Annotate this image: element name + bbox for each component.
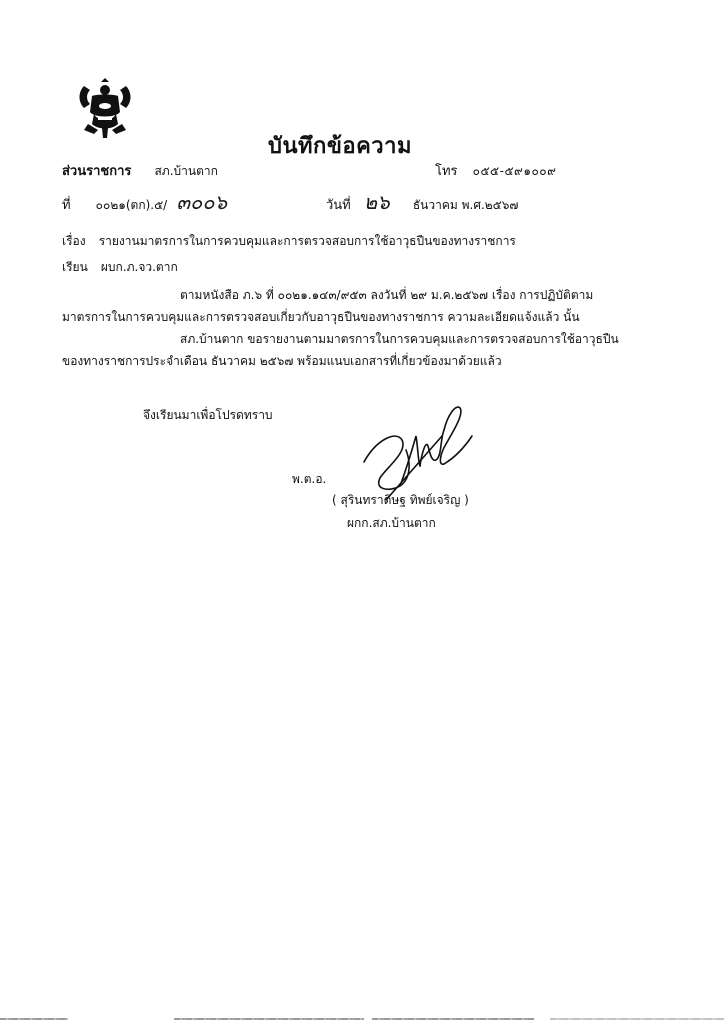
date-day-handwritten: ๒๖	[364, 190, 390, 214]
reference-row: ที่ ๐๐๒๑(ตก).๕/ ๓๐๐๖	[62, 186, 227, 218]
paragraph-1-line-2: มาตรการในการควบคุมและการตรวจสอบเกี่ยวกับ…	[62, 306, 674, 328]
garuda-emblem-icon	[74, 78, 136, 140]
memo-title: บันทึกข้อความ	[268, 128, 412, 163]
scan-edge-line	[550, 1018, 724, 1020]
reference-handwritten-number: ๓๐๐๖	[176, 190, 227, 214]
agency-value: สภ.บ้านตาก	[154, 164, 217, 178]
subject-label: เรื่อง	[62, 234, 86, 248]
closing-line: จึงเรียนมาเพื่อโปรดทราบ	[143, 406, 273, 425]
scan-edge-line	[174, 1018, 364, 1020]
recipient-value: ผบก.ภ.จว.ตาก	[101, 260, 178, 274]
reference-value: ๐๐๒๑(ตก).๕/	[96, 198, 168, 212]
subject-value: รายงานมาตรการในการควบคุมและการตรวจสอบการ…	[99, 234, 516, 248]
handwritten-signature-icon	[356, 400, 476, 500]
recipient-row: เรียน ผบก.ภ.จว.ตาก	[62, 256, 178, 277]
date-row: วันที่ ๒๖ ธันวาคม พ.ศ.๒๕๖๗	[326, 186, 518, 218]
signer-name: ( สุรินทราดิษฐ ทิพย์เจริญ )	[332, 491, 469, 510]
agency-label: ส่วนราชการ	[62, 164, 131, 179]
date-month-year: ธันวาคม พ.ศ.๒๕๖๗	[413, 198, 519, 212]
signer-rank: พ.ต.อ.	[292, 470, 326, 489]
recipient-label: เรียน	[62, 260, 88, 274]
paragraph-1-line-1: ตามหนังสือ ภ.๖ ที่ ๐๐๒๑.๑๔๓/๙๕๓ ลงวันที่…	[180, 288, 593, 302]
phone-row: โทร ๐๕๕-๕๙๑๐๐๙	[435, 160, 556, 181]
scan-edge-line	[372, 1018, 534, 1020]
paragraph-2-line-1: สภ.บ้านตาก ขอรายงานตามมาตรการในการควบคุม…	[180, 332, 619, 346]
reference-label: ที่	[62, 198, 71, 213]
phone-label: โทร	[435, 164, 458, 179]
phone-value: ๐๕๕-๕๙๑๐๐๙	[473, 164, 557, 178]
date-label: วันที่	[326, 198, 351, 213]
subject-row: เรื่อง รายงานมาตรการในการควบคุมและการตรว…	[62, 230, 516, 251]
paragraph-2-line-2: ของทางราชการประจำเดือน ธันวาคม ๒๕๖๗ พร้อ…	[62, 350, 674, 372]
paragraph-report: สภ.บ้านตาก ขอรายงานตามมาตรการในการควบคุม…	[62, 328, 674, 372]
agency-row: ส่วนราชการ สภ.บ้านตาก	[62, 160, 218, 181]
paragraph-reference: ตามหนังสือ ภ.๖ ที่ ๐๐๒๑.๑๔๓/๙๕๓ ลงวันที่…	[62, 284, 674, 328]
scan-edge-line	[0, 1018, 68, 1020]
signer-position: ผกก.สภ.บ้านตาก	[347, 514, 436, 533]
